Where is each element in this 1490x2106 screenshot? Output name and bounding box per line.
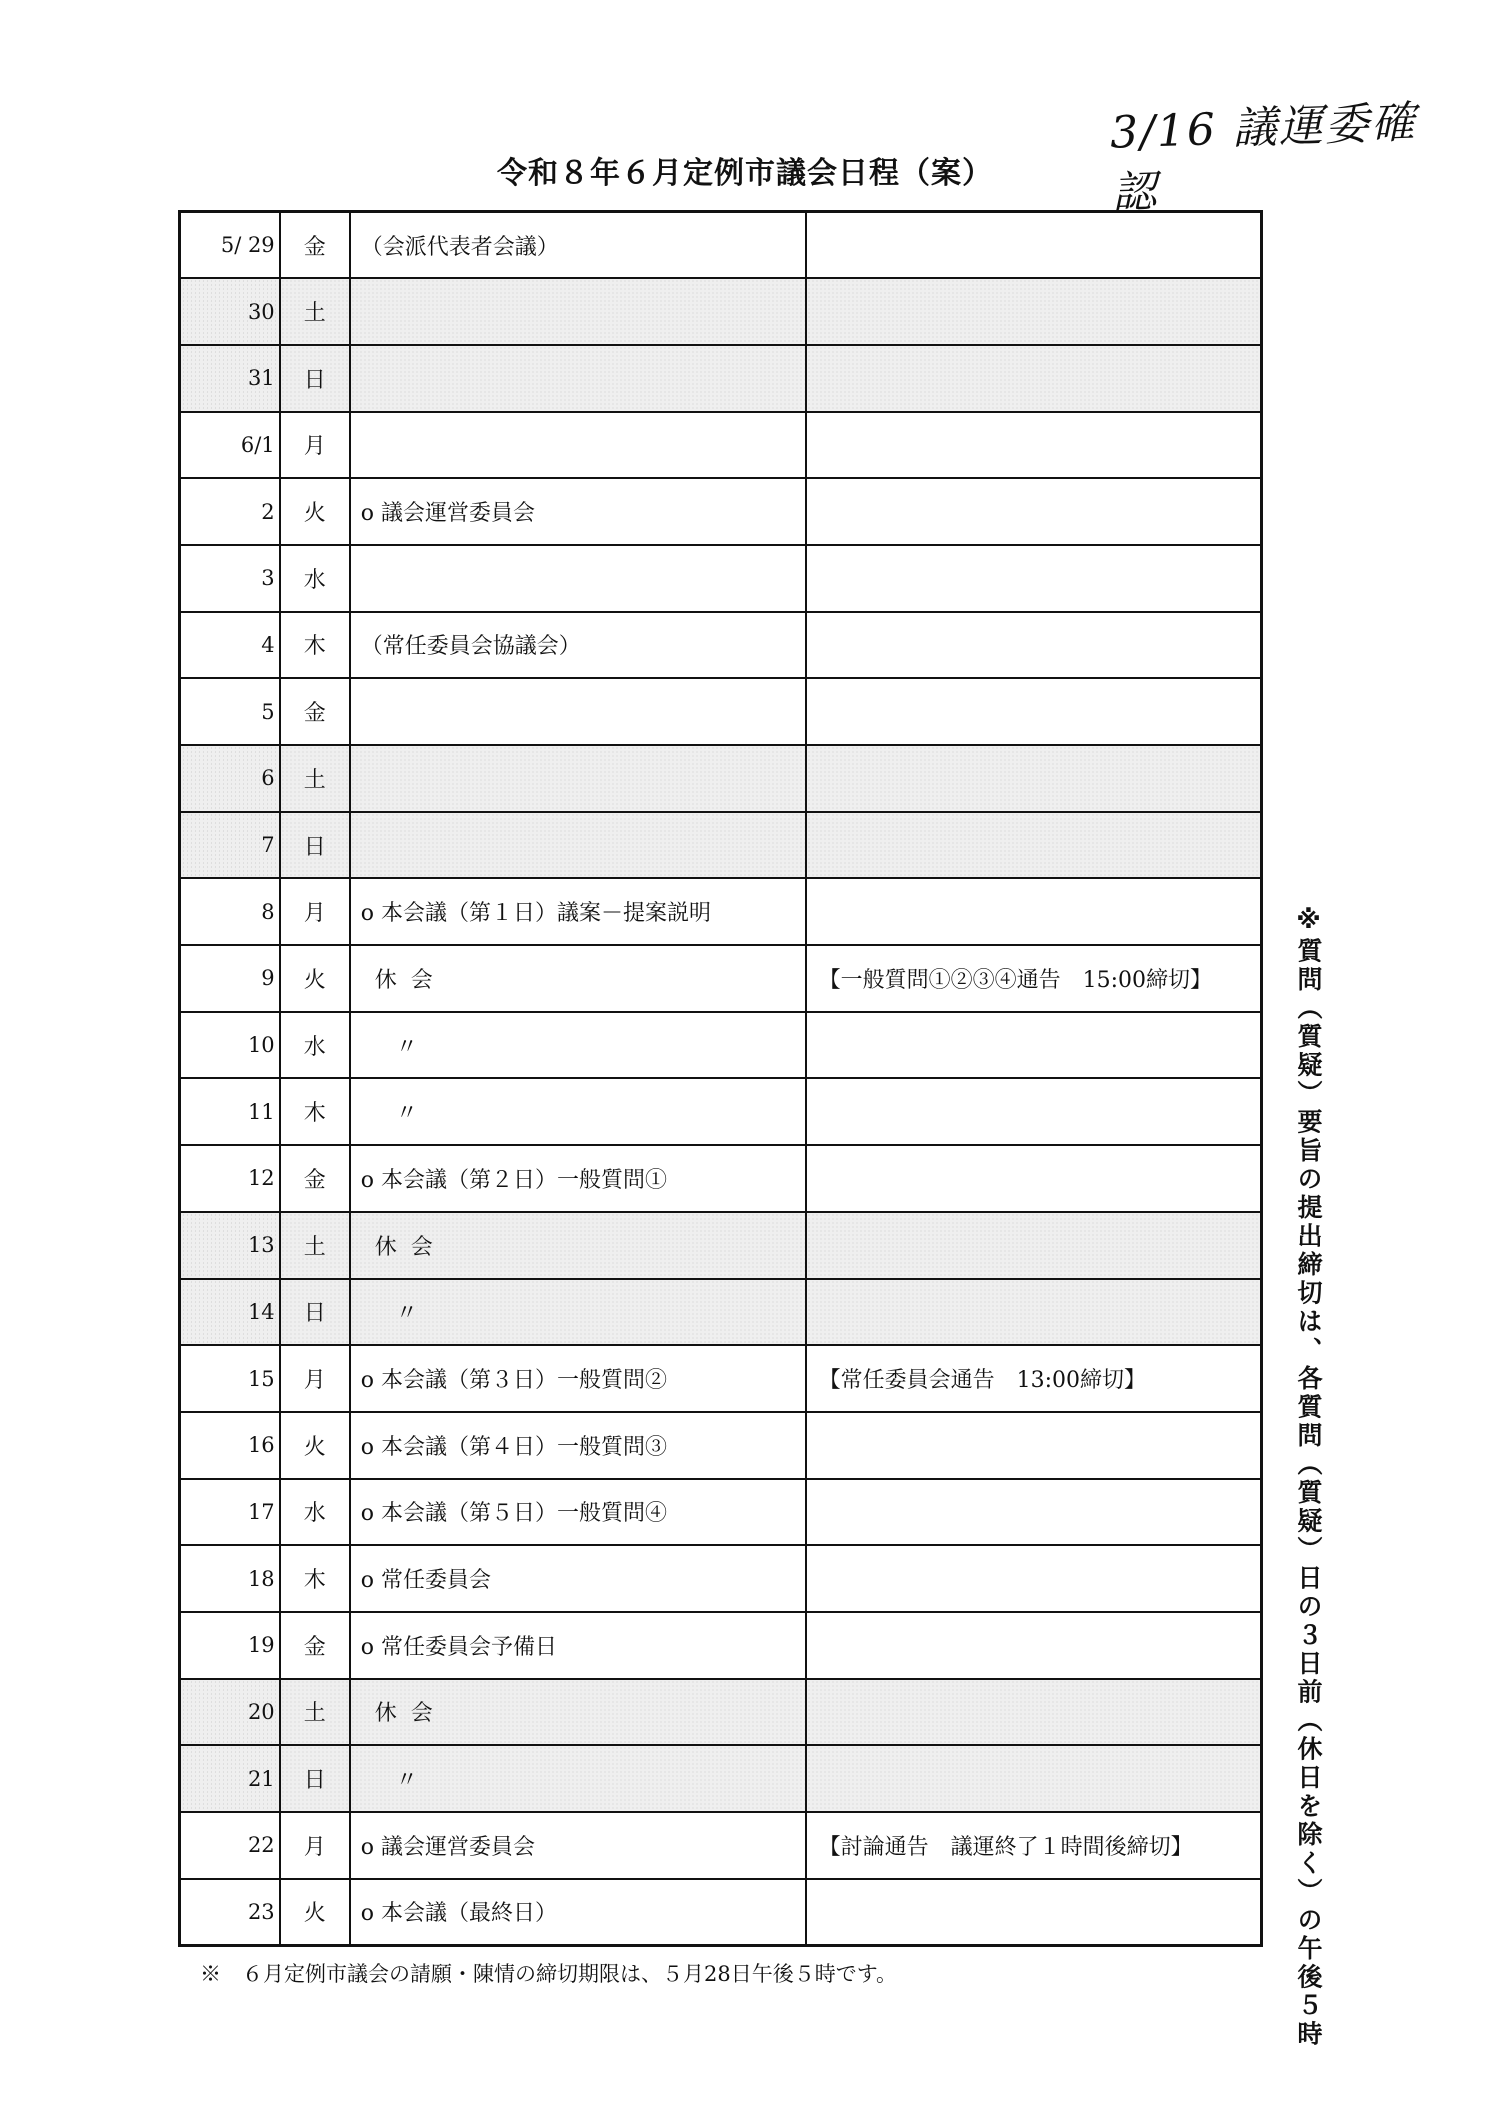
footer-note: ※ ６月定例市議会の請願・陳情の締切期限は、５月28日午後５時です。 xyxy=(200,1958,897,1988)
event-cell: 休 会 xyxy=(350,1212,806,1279)
table-row: 16 火 o 本会議（第４日）一般質問③ xyxy=(180,1412,1262,1479)
table-row: 12 金 o 本会議（第２日）一般質問① xyxy=(180,1145,1262,1212)
table-row: 2 火 o 議会運営委員会 xyxy=(180,478,1262,545)
note-cell xyxy=(806,1212,1262,1279)
note-cell xyxy=(806,812,1262,879)
schedule-body: 5/ 29 金 （会派代表者会議） 30 土 31 日 6/1 月 2 火 o … xyxy=(180,212,1262,1946)
weekday-cell: 火 xyxy=(280,1412,350,1479)
table-row: 18 木 o 常任委員会 xyxy=(180,1545,1262,1612)
event-cell: 〃 xyxy=(350,1279,806,1346)
weekday-cell: 日 xyxy=(280,345,350,412)
weekday-cell: 土 xyxy=(280,1212,350,1279)
weekday-cell: 日 xyxy=(280,812,350,879)
weekday-cell: 土 xyxy=(280,1679,350,1746)
note-cell: 【常任委員会通告 13:00締切】 xyxy=(806,1345,1262,1412)
table-row: 14 日 〃 xyxy=(180,1279,1262,1346)
event-cell xyxy=(350,745,806,812)
weekday-cell: 水 xyxy=(280,545,350,612)
date-cell: 3 xyxy=(180,545,280,612)
table-row: 6 土 xyxy=(180,745,1262,812)
date-cell: 18 xyxy=(180,1545,280,1612)
note-cell: 【一般質問①②③④通告 15:00締切】 xyxy=(806,945,1262,1012)
table-row: 30 土 xyxy=(180,278,1262,345)
table-row: 5 金 xyxy=(180,678,1262,745)
event-cell: （常任委員会協議会） xyxy=(350,612,806,679)
date-cell: 30 xyxy=(180,278,280,345)
note-cell xyxy=(806,212,1262,279)
date-cell: 2 xyxy=(180,478,280,545)
note-cell xyxy=(806,1879,1262,1946)
table-row: 23 火 o 本会議（最終日） xyxy=(180,1879,1262,1946)
weekday-cell: 水 xyxy=(280,1479,350,1546)
event-cell xyxy=(350,278,806,345)
weekday-cell: 火 xyxy=(280,478,350,545)
note-cell xyxy=(806,1612,1262,1679)
event-cell: 休 会 xyxy=(350,1679,806,1746)
weekday-cell: 月 xyxy=(280,1345,350,1412)
table-row: 17 水 o 本会議（第５日）一般質問④ xyxy=(180,1479,1262,1546)
weekday-cell: 日 xyxy=(280,1279,350,1346)
weekday-cell: 月 xyxy=(280,878,350,945)
table-row: 6/1 月 xyxy=(180,412,1262,479)
weekday-cell: 火 xyxy=(280,945,350,1012)
event-cell: 休 会 xyxy=(350,945,806,1012)
table-row: 21 日 〃 xyxy=(180,1745,1262,1812)
table-row: 15 月 o 本会議（第３日）一般質問② 【常任委員会通告 13:00締切】 xyxy=(180,1345,1262,1412)
weekday-cell: 金 xyxy=(280,1145,350,1212)
note-cell xyxy=(806,412,1262,479)
date-cell: 13 xyxy=(180,1212,280,1279)
date-cell: 21 xyxy=(180,1745,280,1812)
note-cell xyxy=(806,1479,1262,1546)
table-row: 5/ 29 金 （会派代表者会議） xyxy=(180,212,1262,279)
note-cell xyxy=(806,1545,1262,1612)
weekday-cell: 金 xyxy=(280,678,350,745)
weekday-cell: 日 xyxy=(280,1745,350,1812)
event-cell xyxy=(350,812,806,879)
event-cell: o 本会議（第５日）一般質問④ xyxy=(350,1479,806,1546)
event-cell: o 議会運営委員会 xyxy=(350,478,806,545)
note-cell xyxy=(806,1279,1262,1346)
event-cell: o 本会議（最終日） xyxy=(350,1879,806,1946)
date-cell: 9 xyxy=(180,945,280,1012)
table-row: 11 木 〃 xyxy=(180,1078,1262,1145)
table-row: 3 水 xyxy=(180,545,1262,612)
event-cell: 〃 xyxy=(350,1012,806,1079)
date-cell: 11 xyxy=(180,1078,280,1145)
table-row: 10 水 〃 xyxy=(180,1012,1262,1079)
date-cell: 6 xyxy=(180,745,280,812)
table-row: 4 木 （常任委員会協議会） xyxy=(180,612,1262,679)
note-cell xyxy=(806,612,1262,679)
weekday-cell: 土 xyxy=(280,745,350,812)
date-cell: 16 xyxy=(180,1412,280,1479)
table-row: 22 月 o 議会運営委員会 【討論通告 議運終了１時間後締切】 xyxy=(180,1812,1262,1879)
event-cell xyxy=(350,545,806,612)
event-cell: o 本会議（第１日）議案－提案説明 xyxy=(350,878,806,945)
date-cell: 23 xyxy=(180,1879,280,1946)
note-cell xyxy=(806,1078,1262,1145)
weekday-cell: 土 xyxy=(280,278,350,345)
event-cell: o 本会議（第２日）一般質問① xyxy=(350,1145,806,1212)
event-cell xyxy=(350,412,806,479)
note-cell xyxy=(806,545,1262,612)
date-cell: 17 xyxy=(180,1479,280,1546)
date-cell: 10 xyxy=(180,1012,280,1079)
table-row: 31 日 xyxy=(180,345,1262,412)
note-cell xyxy=(806,678,1262,745)
event-cell: 〃 xyxy=(350,1745,806,1812)
note-cell: 【討論通告 議運終了１時間後締切】 xyxy=(806,1812,1262,1879)
note-cell xyxy=(806,1145,1262,1212)
weekday-cell: 月 xyxy=(280,412,350,479)
note-cell xyxy=(806,1679,1262,1746)
date-cell: 22 xyxy=(180,1812,280,1879)
date-cell: 7 xyxy=(180,812,280,879)
weekday-cell: 木 xyxy=(280,1078,350,1145)
date-cell: 14 xyxy=(180,1279,280,1346)
table-row: 8 月 o 本会議（第１日）議案－提案説明 xyxy=(180,878,1262,945)
date-cell: 20 xyxy=(180,1679,280,1746)
note-cell xyxy=(806,1745,1262,1812)
date-cell: 5/ 29 xyxy=(180,212,280,279)
note-cell xyxy=(806,1012,1262,1079)
note-cell xyxy=(806,345,1262,412)
table-row: 7 日 xyxy=(180,812,1262,879)
table-row: 20 土 休 会 xyxy=(180,1679,1262,1746)
event-cell: （会派代表者会議） xyxy=(350,212,806,279)
date-cell: 15 xyxy=(180,1345,280,1412)
side-note-vertical: ※質問（質疑）要旨の提出締切は、各質問（質疑）日の３日前（休日を除く）の午後５時 xyxy=(1288,905,1328,2049)
page-title: 令和８年６月定例市議会日程（案） xyxy=(0,148,1490,192)
table-row: 13 土 休 会 xyxy=(180,1212,1262,1279)
event-cell: o 本会議（第３日）一般質問② xyxy=(350,1345,806,1412)
event-cell: 〃 xyxy=(350,1078,806,1145)
note-cell xyxy=(806,878,1262,945)
table-row: 19 金 o 常任委員会予備日 xyxy=(180,1612,1262,1679)
event-cell xyxy=(350,678,806,745)
event-cell xyxy=(350,345,806,412)
note-cell xyxy=(806,478,1262,545)
note-cell xyxy=(806,745,1262,812)
event-cell: o 議会運営委員会 xyxy=(350,1812,806,1879)
schedule-table: 5/ 29 金 （会派代表者会議） 30 土 31 日 6/1 月 2 火 o … xyxy=(178,210,1263,1947)
note-cell xyxy=(806,1412,1262,1479)
date-cell: 6/1 xyxy=(180,412,280,479)
date-cell: 8 xyxy=(180,878,280,945)
weekday-cell: 金 xyxy=(280,212,350,279)
note-cell xyxy=(806,278,1262,345)
weekday-cell: 月 xyxy=(280,1812,350,1879)
date-cell: 31 xyxy=(180,345,280,412)
event-cell: o 本会議（第４日）一般質問③ xyxy=(350,1412,806,1479)
weekday-cell: 木 xyxy=(280,1545,350,1612)
weekday-cell: 金 xyxy=(280,1612,350,1679)
date-cell: 4 xyxy=(180,612,280,679)
date-cell: 12 xyxy=(180,1145,280,1212)
weekday-cell: 木 xyxy=(280,612,350,679)
table-row: 9 火 休 会 【一般質問①②③④通告 15:00締切】 xyxy=(180,945,1262,1012)
date-cell: 19 xyxy=(180,1612,280,1679)
weekday-cell: 火 xyxy=(280,1879,350,1946)
event-cell: o 常任委員会 xyxy=(350,1545,806,1612)
event-cell: o 常任委員会予備日 xyxy=(350,1612,806,1679)
date-cell: 5 xyxy=(180,678,280,745)
weekday-cell: 水 xyxy=(280,1012,350,1079)
